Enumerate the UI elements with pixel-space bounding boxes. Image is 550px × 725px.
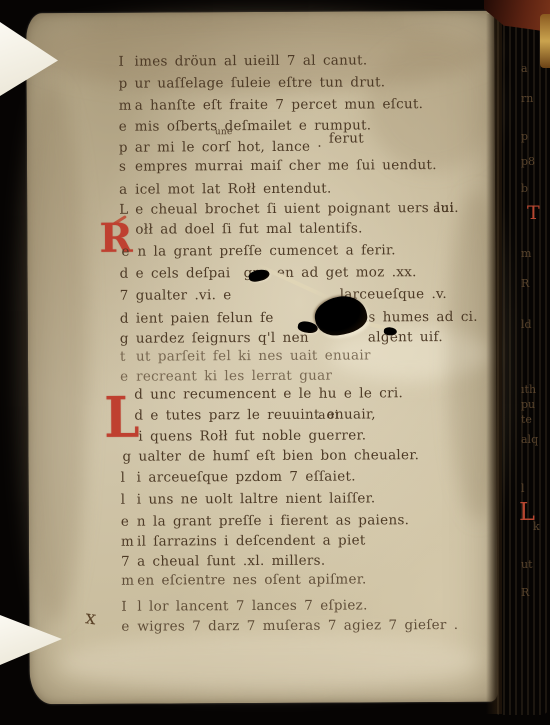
line-initial: I xyxy=(118,55,134,70)
aoi-refrain: aoi xyxy=(318,408,339,423)
next-folio-fragment: a xyxy=(521,62,528,75)
offset-word: ferut xyxy=(329,131,364,146)
verse-line: par mi le corſ hot, lance · xyxy=(119,140,322,156)
next-folio-fragment: l xyxy=(521,482,525,495)
verse-line: ołł ad doel ſi fut mal talentifs. xyxy=(135,221,362,237)
next-folio-fragment: rn xyxy=(521,92,533,105)
verse-line: pur uaſſelage ſuleie eſtre tun drut. xyxy=(119,75,386,91)
verse-line: mil ſarrazins i deſcendent a piet xyxy=(121,533,366,549)
book-fore-edge: a rn p p8 b T m R ld ıth pu te alq l L k… xyxy=(497,20,550,715)
next-folio-fragment: ıth xyxy=(521,383,536,396)
next-folio-fragment: m xyxy=(521,247,531,260)
line-text: imes dröun al uieill 7 al canut. xyxy=(134,52,367,69)
binding-edge-curl xyxy=(540,14,550,68)
verse-line: ma hanſte eſt fraite 7 percet mun eſcut. xyxy=(119,97,424,114)
margin-cross-mark: x xyxy=(84,606,98,629)
verse-line: guardez ſeignurs q'l nen xyxy=(120,331,309,347)
parchment-hole-small xyxy=(384,327,397,336)
next-folio-fragment: p8 xyxy=(521,155,535,168)
next-folio-fragment: b xyxy=(521,182,528,195)
verse-line: sempres murrai maiſ cher me ſui uendut. xyxy=(119,158,437,175)
manuscript-page: Iimes dröun al uieill 7 al canut. pur ua… xyxy=(26,11,498,704)
next-folio-fragment: R xyxy=(521,586,529,599)
verse-line: Le cheual brochet ſi uient poignant uers… xyxy=(119,201,459,218)
next-folio-fragment: alq xyxy=(521,433,538,446)
aoi-refrain: aoi xyxy=(433,201,454,216)
stain-left-margin xyxy=(17,83,90,623)
verse-line: aicel mot lat Rołł entendut. xyxy=(119,182,332,198)
verse-line: ewigres 7 darz 7 muſeras 7 agiez 7 gieſe… xyxy=(121,618,458,635)
next-folio-fragment: pu xyxy=(521,398,535,411)
verse-line: en la grant preſſe cumencet a ferir. xyxy=(121,243,395,259)
verse-line: erecreant ki les lerrat guar xyxy=(120,369,332,385)
next-folio-fragment: ld xyxy=(521,318,532,331)
manuscript-photo: Iimes dröun al uieill 7 al canut. pur ua… xyxy=(0,0,550,725)
verse-line: tut parſeit fel ki nes uait enuair xyxy=(120,348,371,364)
light-patch-bottom xyxy=(59,631,479,693)
next-folio-fragment: k xyxy=(533,520,540,533)
next-folio-fragment: R xyxy=(521,277,529,290)
interlinear-correction: une xyxy=(215,127,233,137)
verse-line: dient paien felun fe xyxy=(120,311,274,327)
verse-line: 7a cheual ſunt .xl. millers. xyxy=(121,554,325,570)
verse-line: Il lor lancent 7 lances 7 eſpiez. xyxy=(121,598,367,614)
verse-line: dunc recumencent e le hu e le cri. xyxy=(134,386,403,402)
verse-line: i quens Rołł fut noble guerrer. xyxy=(138,428,366,444)
next-folio-fragment: te xyxy=(521,413,532,426)
verse-line: gualter de humſ eſt bien bon cheualer. xyxy=(122,448,419,465)
verse-line: li uns ne uolt laltre nient laiſſer. xyxy=(121,491,376,507)
verse-line: 7gualter .vi. e xyxy=(120,288,232,304)
next-folio-fragment: ut xyxy=(521,558,533,571)
next-folio-rubric-T: T xyxy=(527,202,540,224)
verse-line: de cels deſpai xyxy=(120,266,231,282)
verse-line: Iimes dröun al uieill 7 al canut. xyxy=(118,53,367,69)
verse-line: li arceueſque pzdom 7 eſſaiet. xyxy=(121,470,356,486)
verse-line: en la grant preſſe i fierent as paiens. xyxy=(121,513,409,530)
verse-line: de tutes parz le reuuint enuair, xyxy=(134,407,376,423)
verse-line: men eſcientre nes oſent apiſmer. xyxy=(121,572,367,588)
next-folio-fragment: p xyxy=(521,130,528,143)
page-edge-streaks xyxy=(497,20,550,715)
